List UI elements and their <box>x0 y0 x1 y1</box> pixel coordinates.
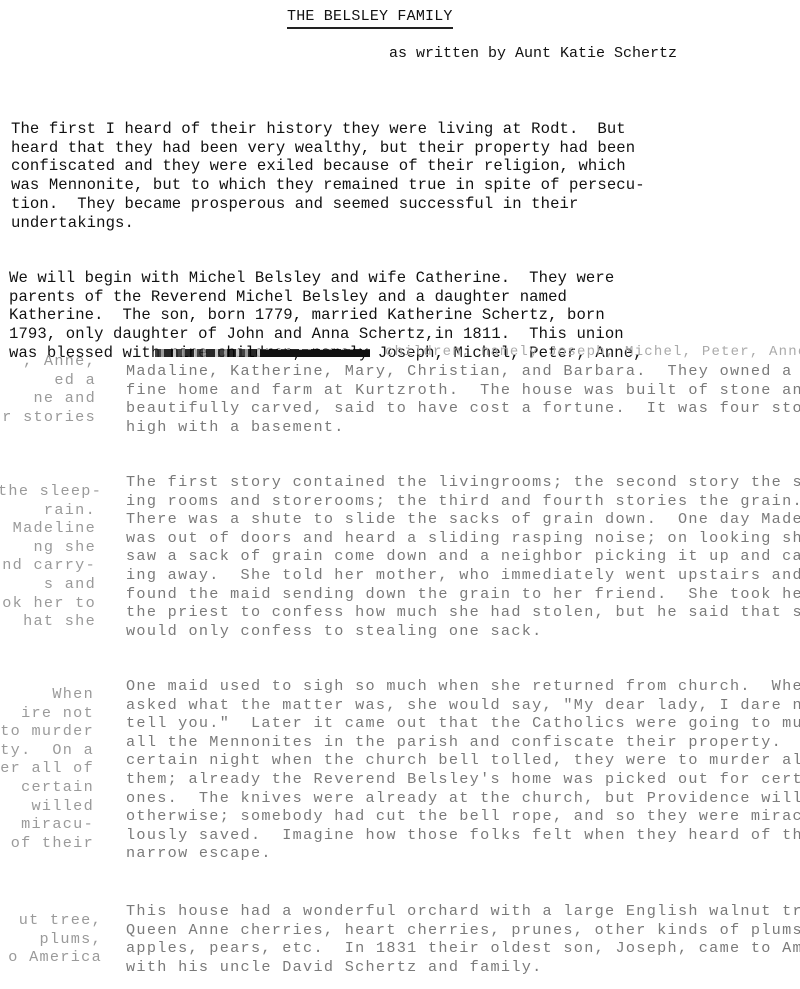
paragraph-home: Madaline, Katherine, Mary, Christian, an… <box>126 362 800 436</box>
paragraph-orchard: This house had a wonderful orchard with … <box>126 902 800 976</box>
scan-artifact-dark <box>260 350 370 357</box>
paragraph-grain-story: The first story contained the livingroom… <box>126 473 800 640</box>
author-byline: as written by Aunt Katie Schertz <box>389 45 677 63</box>
margin-fragment-2: , Anne, ed a ne and r stories <box>0 352 96 426</box>
margin-fragment-4: When ire not to murder ty. On a er all o… <box>0 685 94 852</box>
document-page: THE BELSLEY FAMILY as written by Aunt Ka… <box>0 0 800 989</box>
document-title: THE BELSLEY FAMILY <box>287 8 453 29</box>
margin-fragment-3: the sleep- rain. Madeline ng she nd carr… <box>0 482 96 631</box>
overlap-ghost-text: children, namely Joseph, Michel, Peter, … <box>385 343 800 361</box>
paragraph-history: The first I heard of their history they … <box>11 120 645 232</box>
margin-fragment-5: ut tree, plums, o America <box>0 911 102 967</box>
paragraph-maid-story: One maid used to sigh so much when she r… <box>126 677 800 863</box>
